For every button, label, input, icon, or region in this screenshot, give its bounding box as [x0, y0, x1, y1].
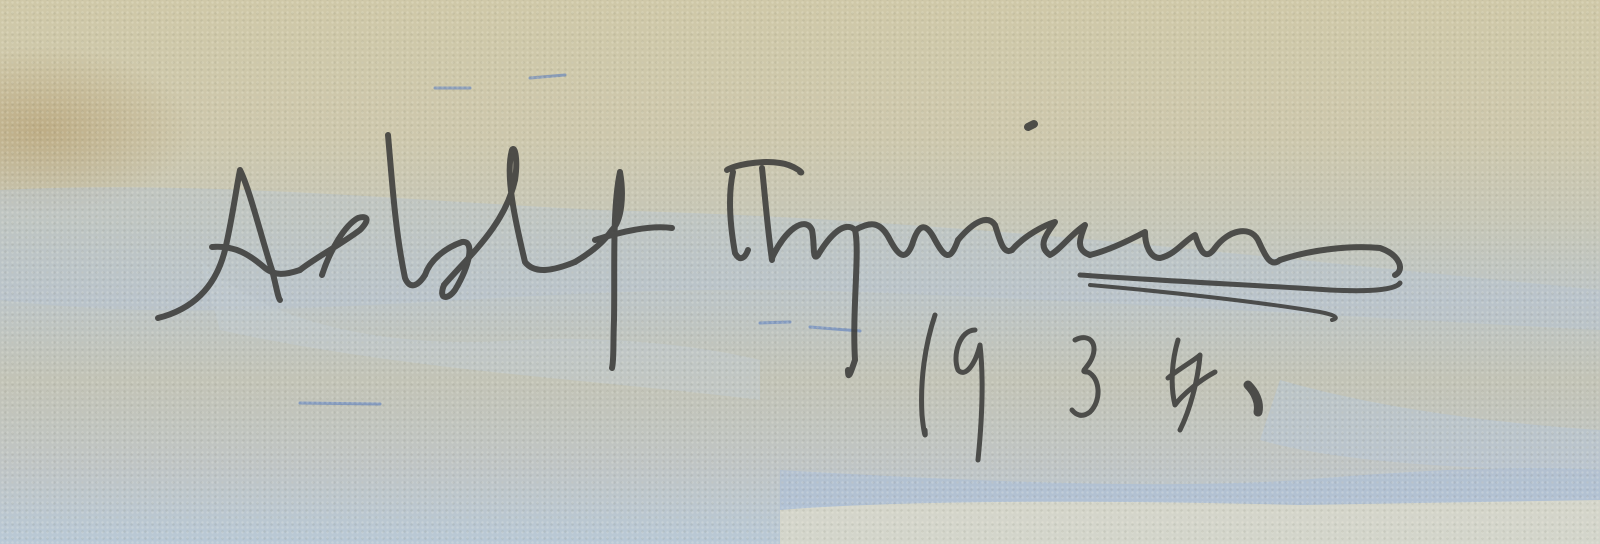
watercolor-paper: Adolf Thijwissen 1934. — [0, 0, 1600, 544]
pencil-signature: Adolf Thijwissen 1934. — [0, 0, 1600, 544]
